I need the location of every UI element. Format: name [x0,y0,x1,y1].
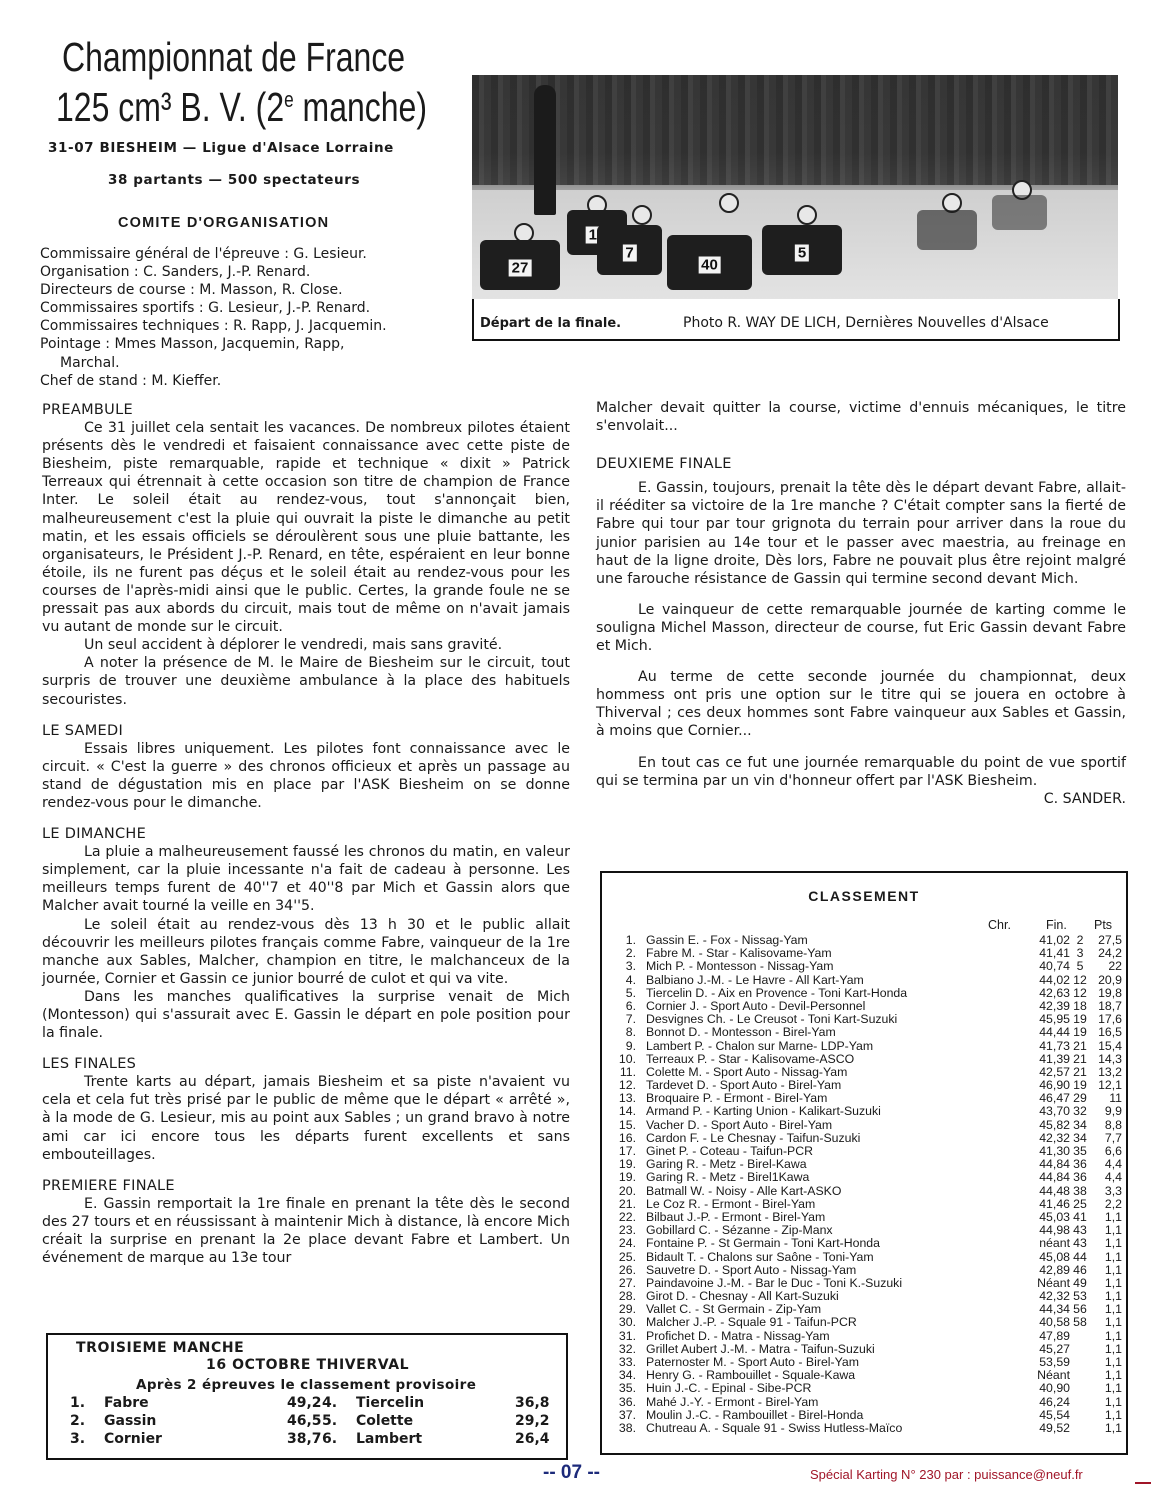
standings-name: Cornier [104,1431,162,1447]
comite-line: Organisation : C. Sanders, J.-P. Renard. [40,263,460,281]
comite-line: Commissaires techniques : R. Rapp, J. Ja… [40,317,460,335]
points-cell: 1,1 [1080,1382,1122,1395]
section-heading-premiere-finale: PREMIERE FINALE [42,1177,570,1195]
rank-cell: 8. [612,1026,636,1039]
standings-rank: 3. [70,1431,85,1447]
driver-cell: Vacher D. - Sport Auto - Birel-Yam [646,1119,832,1132]
points-cell: 3,3 [1080,1185,1122,1198]
rank-cell: 37. [612,1409,636,1422]
table-row: 5.Tiercelin D. - Aix en Provence - Toni … [612,987,1118,1000]
comite-line: Marchal. [40,354,460,372]
paragraph: Au terme de cette seconde journée du cha… [596,668,1126,740]
subtitle-suffix: manche) [294,84,427,130]
points-cell: 1,1 [1080,1422,1122,1435]
rank-cell: 14. [612,1105,636,1118]
driver-cell: Moulin J.-C. - Rambouillet - Birel-Honda [646,1409,863,1422]
race-start-photo: 27 15 7 40 5 [472,75,1118,299]
column-header-fin: Fin. [1046,918,1067,932]
points-cell: 19,8 [1080,987,1122,1000]
driver-cell: Terreaux P. - Star - Kalisovame-ASCO [646,1053,854,1066]
paragraph-continuation: Malcher devait quitter la course, victim… [596,399,1126,435]
table-row: 30.Malcher J.-P. - Squale 91 - Taifun-PC… [612,1316,1118,1329]
driver-helmet [632,205,652,225]
subtitle-superscript: e [284,87,294,112]
standings-points: 26,4 [515,1431,550,1447]
points-cell: 1,1 [1080,1237,1122,1250]
comite-list: Commissaire général de l'épreuve : G. Le… [40,245,460,390]
standings-heading: TROISIEME MANCHE [76,1340,244,1356]
table-row: 37.Moulin J.-C. - Rambouillet - Birel-Ho… [612,1409,1118,1422]
driver-cell: Lambert P. - Chalon sur Marne- LDP-Yam [646,1040,873,1053]
comite-line: Commissaires sportifs : G. Lesieur, J.-P… [40,299,460,317]
points-cell: 1,1 [1080,1264,1122,1277]
kart-number: 7 [622,244,636,261]
standings-rank: 1. [70,1395,85,1411]
standings-date-place: 16 OCTOBRE THIVERVAL [206,1357,409,1373]
standings-subtitle: Après 2 épreuves le classement provisoir… [136,1377,476,1393]
chrono-cell: 40,90 [1022,1382,1070,1395]
driver-cell: Tiercelin D. - Aix en Provence - Toni Ka… [646,987,907,1000]
comite-heading: COMITE D'ORGANISATION [118,215,329,231]
rank-cell: 21. [612,1198,636,1211]
table-row: 14.Armand P. - Karting Union - Kalikart-… [612,1105,1118,1118]
rank-cell: 38. [612,1422,636,1435]
table-row: 3.Mich P. - Montesson - Nissag-Yam40,745… [612,960,1118,973]
standings-name: Gassin [104,1413,156,1429]
comite-line: Chef de stand : M. Kieffer. [40,372,460,390]
page-subtitle: 125 cm³ B. V. (2e manche) [56,84,427,131]
driver-cell: Mahé J.-Y. - Ermont - Birel-Yam [646,1396,818,1409]
points-cell: 14,3 [1080,1053,1122,1066]
standings-name: Lambert [356,1431,422,1447]
photo-official-figure [534,85,556,215]
table-row: 26.Sauvetre D. - Sport Auto - Nissag-Yam… [612,1264,1118,1277]
classement-title: CLASSEMENT [600,888,1128,904]
comite-line: Commissaire général de l'épreuve : G. Le… [40,245,460,263]
column-header-pts: Pts [1094,918,1112,932]
points-cell: 4,4 [1080,1171,1122,1184]
kart: 27 [480,240,560,290]
rank-cell: 15. [612,1119,636,1132]
rank-cell: 4. [612,974,636,987]
standings-name: Fabre [104,1395,149,1411]
kart-number: 27 [509,259,532,276]
photo-caption-title: Départ de la finale. [480,316,621,331]
table-row: 20.Batmall W. - Noisy - Alle Kart-ASKO44… [612,1185,1118,1198]
section-heading-dimanche: LE DIMANCHE [42,825,570,843]
driver-cell: Mich P. - Montesson - Nissag-Yam [646,960,833,973]
table-row: 36.Mahé J.-Y. - Ermont - Birel-Yam46,241… [612,1396,1118,1409]
page-number: -- 07 -- [543,1462,600,1484]
driver-cell: Batmall W. - Noisy - Alle Kart-ASKO [646,1185,841,1198]
standings-name: Tiercelin [356,1395,424,1411]
kart: 7 [597,225,662,275]
paragraph: Le soleil était au rendez-vous dès 13 h … [42,916,570,988]
points-cell: 16,5 [1080,1026,1122,1039]
comite-line: Pointage : Mmes Masson, Jacquemin, Rapp, [40,335,460,353]
event-line: 31-07 BIESHEIM — Ligue d'Alsace Lorraine [48,140,394,156]
driver-helmet [719,193,739,213]
section-heading-samedi: LE SAMEDI [42,722,570,740]
driver-cell: Chutreau A. - Squale 91 - Swiss Hutless-… [646,1422,902,1435]
author-signature: C. SANDER. [596,790,1126,808]
driver-cell: Garing R. - Metz - Birel1Kawa [646,1171,809,1184]
kart-distant [917,210,977,250]
points-cell: 22 [1080,960,1122,973]
paragraph: Le vainqueur de cette remarquable journé… [596,601,1126,655]
driver-cell: Le Coz R. - Ermont - Birel-Yam [646,1198,815,1211]
article-left-column: PREAMBULE Ce 31 juillet cela sentait les… [42,401,570,1267]
section-heading-preambule: PREAMBULE [42,401,570,419]
chrono-cell: 47,89 [1022,1330,1070,1343]
kart-number: 40 [698,257,721,274]
paragraph: E. Gassin remportait la 1re finale en pr… [42,1195,570,1267]
points-cell: 20,9 [1080,974,1122,987]
standings-rank: 4. [322,1395,337,1411]
kart-distant [992,195,1047,230]
kart: 40 [667,235,752,290]
footer-credit: Spécial Karting N° 230 par : puissance@n… [810,1467,1083,1482]
table-row: 8.Bonnot D. - Montesson - Birel-Yam44,44… [612,1026,1118,1039]
driver-cell: Armand P. - Karting Union - Kalikart-Suz… [646,1105,881,1118]
standings-points: 49,2 [287,1395,322,1411]
standings-points: 36,8 [515,1395,550,1411]
standings-rank: 5. [322,1413,337,1429]
points-cell: 1,1 [1080,1330,1122,1343]
driver-cell: Balbiano J.-M. - Le Havre - All Kart-Yam [646,974,864,987]
paragraph: E. Gassin, toujours, prenait la tête dès… [596,479,1126,588]
points-cell: 8,8 [1080,1119,1122,1132]
standings-points: 29,2 [515,1413,550,1429]
rank-cell: 5. [612,987,636,1000]
table-row: 35.Huin J.-C. - Epinal - Sibe-PCR40,901,… [612,1382,1118,1395]
paragraph: Dans les manches qualificatives la surpr… [42,988,570,1042]
attendance-line: 38 partants — 500 spectateurs [108,172,360,188]
rank-cell: 31. [612,1330,636,1343]
footer-underline [1135,1482,1151,1484]
kart: 5 [762,225,842,275]
points-cell: 15,4 [1080,1040,1122,1053]
driver-cell: Fontaine P. - St Germain - Toni Kart-Hon… [646,1237,880,1250]
rank-cell: 24. [612,1237,636,1250]
standings-points: 46,5 [287,1413,322,1429]
standings-name: Colette [356,1413,413,1429]
page-title: Championnat de France [62,34,405,81]
paragraph: La pluie a malheureusement faussé les ch… [42,843,570,915]
paragraph: En tout cas ce fut une journée remarquab… [596,754,1126,790]
points-cell: 1,1 [1080,1251,1122,1264]
rank-cell: 19. [612,1171,636,1184]
driver-cell: Malcher J.-P. - Squale 91 - Taifun-PCR [646,1316,857,1329]
table-row: 21.Le Coz R. - Ermont - Birel-Yam41,4625… [612,1198,1118,1211]
subtitle-prefix: 125 cm³ B. V. (2 [56,84,284,130]
column-header-chr: Chr. [988,918,1011,932]
paragraph: A noter la présence de M. le Maire de Bi… [42,654,570,708]
table-row: 25.Bidault T. - Chalons sur Saône - Toni… [612,1251,1118,1264]
rank-cell: 25. [612,1251,636,1264]
driver-helmet [797,205,817,225]
table-row: 9.Lambert P. - Chalon sur Marne- LDP-Yam… [612,1040,1118,1053]
photo-trees [472,75,1118,185]
article-right-column: Malcher devait quitter la course, victim… [596,399,1126,808]
table-row: 24.Fontaine P. - St Germain - Toni Kart-… [612,1237,1118,1250]
chrono-cell: 49,52 [1022,1422,1070,1435]
photo-caption-credit: Photo R. WAY DE LICH, Dernières Nouvelle… [683,315,1049,331]
kart-number: 5 [795,244,809,261]
table-row: 15.Vacher D. - Sport Auto - Birel-Yam45,… [612,1119,1118,1132]
driver-cell: Sauvetre D. - Sport Auto - Nissag-Yam [646,1264,856,1277]
table-row: 19.Garing R. - Metz - Birel1Kawa44,84364… [612,1171,1118,1184]
paragraph: Trente karts au départ, jamais Biesheim … [42,1073,570,1163]
table-row: 31.Profichet D. - Matra - Nissag-Yam47,8… [612,1330,1118,1343]
paragraph: Ce 31 juillet cela sentait les vacances.… [42,419,570,636]
driver-cell: Bonnot D. - Montesson - Birel-Yam [646,1026,836,1039]
rank-cell: 20. [612,1185,636,1198]
points-cell: 9,9 [1080,1105,1122,1118]
points-cell: 2,2 [1080,1198,1122,1211]
rank-cell: 26. [612,1264,636,1277]
standings-rank: 2. [70,1413,85,1429]
paragraph: Essais libres uniquement. Les pilotes fo… [42,740,570,812]
table-row: 10.Terreaux P. - Star - Kalisovame-ASCO4… [612,1053,1118,1066]
driver-cell: Profichet D. - Matra - Nissag-Yam [646,1330,830,1343]
points-cell: 1,1 [1080,1316,1122,1329]
rank-cell: 36. [612,1396,636,1409]
driver-cell: Huin J.-C. - Epinal - Sibe-PCR [646,1382,811,1395]
rank-cell: 3. [612,960,636,973]
chrono-cell: 46,24 [1022,1396,1070,1409]
table-row: 38.Chutreau A. - Squale 91 - Swiss Hutle… [612,1422,1118,1435]
rank-cell: 10. [612,1053,636,1066]
driver-cell: Bidault T. - Chalons sur Saône - Toni-Ya… [646,1251,874,1264]
rank-cell: 9. [612,1040,636,1053]
table-row: 4.Balbiano J.-M. - Le Havre - All Kart-Y… [612,974,1118,987]
points-cell: 1,1 [1080,1396,1122,1409]
section-heading-finales: LES FINALES [42,1055,570,1073]
standings-points: 38,7 [287,1431,322,1447]
rank-cell: 35. [612,1382,636,1395]
standings-rank: 6. [322,1431,337,1447]
chrono-cell: 45,54 [1022,1409,1070,1422]
points-cell: 1,1 [1080,1409,1122,1422]
section-heading-deuxieme-finale: DEUXIEME FINALE [596,455,1126,473]
rank-cell: 30. [612,1316,636,1329]
comite-line: Directeurs de course : M. Masson, R. Clo… [40,281,460,299]
classement-table: 1.Gassin E. - Fox - Nissag-Yam41,02227,5… [612,934,1118,1435]
paragraph: Un seul accident à déplorer le vendredi,… [42,636,570,654]
